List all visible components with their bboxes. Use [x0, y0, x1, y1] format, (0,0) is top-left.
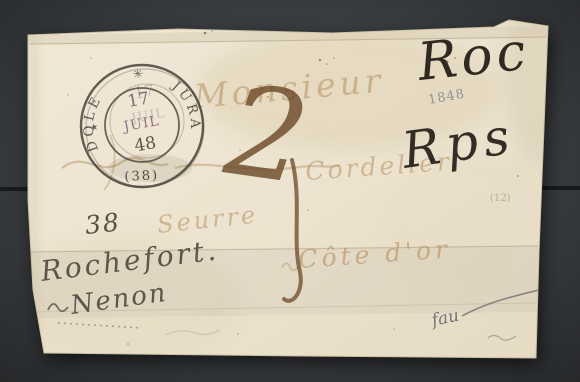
stamp-year: 48	[133, 133, 158, 156]
handstamp-department: 38	[84, 207, 123, 240]
photo-antique-letter: Monsieur Cordelier Seurre Côte d'or DOLE	[0, 0, 580, 382]
folded-letter: Monsieur Cordelier Seurre Côte d'or DOLE	[0, 0, 580, 360]
pencil-circled-number: (12)	[490, 193, 511, 204]
stamp-department-number: (38)	[124, 168, 159, 185]
stamp-ornament-icon: ✳	[132, 66, 143, 81]
ink-note-top: Roc	[414, 22, 532, 93]
letter-photo-canvas: Monsieur Cordelier Seurre Côte d'or DOLE	[0, 0, 580, 382]
background-seam-left	[0, 187, 30, 191]
